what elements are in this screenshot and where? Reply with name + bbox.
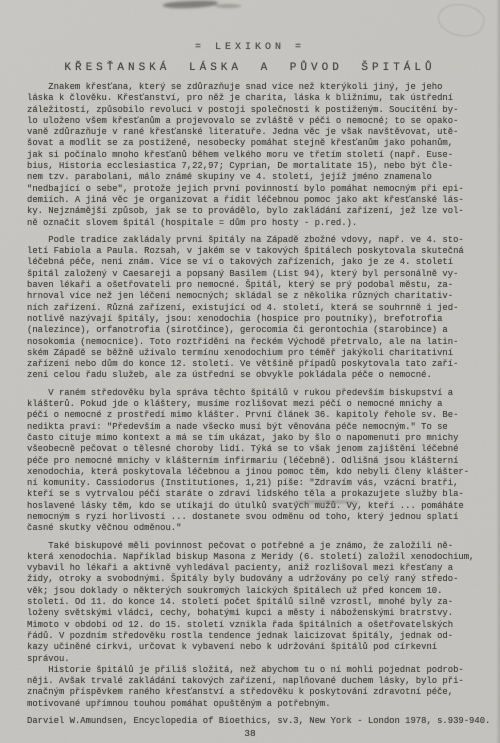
- article-body: Znakem křesťana, který se zdůrazňuje sna…: [0, 82, 500, 710]
- paragraph-3: V raném středověku byla správa těchto šp…: [27, 388, 500, 535]
- scan-edge-shadow: [496, 0, 500, 743]
- paragraph-1: Znakem křesťana, který se zdůrazňuje sna…: [27, 82, 500, 229]
- citation: Darviel W.Amundsen, Encyclopedia of Bioe…: [0, 716, 500, 727]
- paragraph-5: Historie špitálů je příliš složitá, než …: [27, 665, 500, 710]
- page-number: 38: [0, 728, 500, 739]
- paragraph-2: Podle tradice zakládaly první špitály na…: [27, 235, 500, 382]
- masthead: = LEXIKON =: [0, 0, 500, 53]
- page-title: KŘESŤANSKÁ LÁSKA A PŮVOD ŠPITÁLŮ: [0, 62, 500, 74]
- paragraph-4: Také biskupové měli povinnost pečovat o …: [27, 541, 500, 665]
- scanned-page: = LEXIKON = KŘESŤANSKÁ LÁSKA A PŮVOD ŠPI…: [0, 0, 500, 743]
